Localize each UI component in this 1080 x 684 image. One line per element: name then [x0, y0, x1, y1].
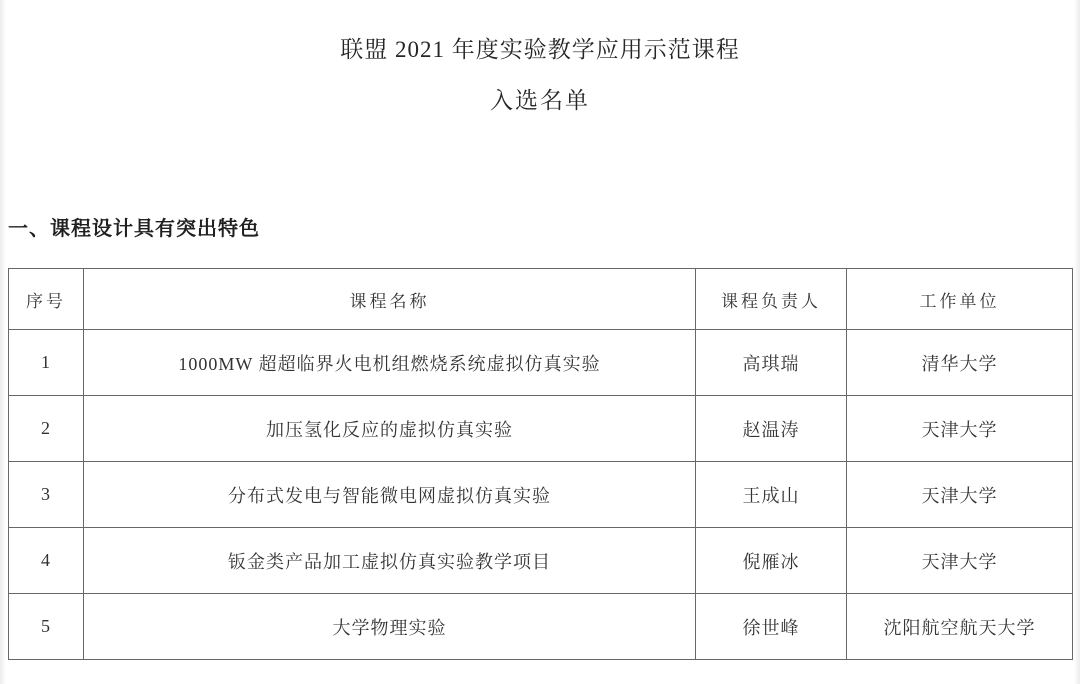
course-table: 序号 课程名称 课程负责人 工作单位 1 1000MW 超超临界火电机组燃烧系统… [8, 268, 1073, 660]
course-table-header: 序号 课程名称 课程负责人 工作单位 [9, 269, 1073, 330]
document-title-line2: 入选名单 [0, 61, 1080, 112]
cell-no: 3 [9, 462, 84, 528]
table-row: 1 1000MW 超超临界火电机组燃烧系统虚拟仿真实验 高琪瑞 清华大学 [9, 330, 1073, 396]
column-header-no: 序号 [9, 269, 84, 330]
column-header-leader: 课程负责人 [696, 269, 847, 330]
cell-leader: 徐世峰 [696, 594, 847, 660]
cell-no: 2 [9, 396, 84, 462]
cell-unit: 沈阳航空航天大学 [847, 594, 1073, 660]
cell-unit: 天津大学 [847, 462, 1073, 528]
document-title-line1: 联盟 2021 年度实验教学应用示范课程 [0, 0, 1080, 61]
header-row: 序号 课程名称 课程负责人 工作单位 [9, 269, 1073, 330]
column-header-unit: 工作单位 [847, 269, 1073, 330]
cell-course: 分布式发电与智能微电网虚拟仿真实验 [84, 462, 696, 528]
cell-course: 钣金类产品加工虚拟仿真实验教学项目 [84, 528, 696, 594]
cell-course: 加压氢化反应的虚拟仿真实验 [84, 396, 696, 462]
table-row: 2 加压氢化反应的虚拟仿真实验 赵温涛 天津大学 [9, 396, 1073, 462]
cell-course: 大学物理实验 [84, 594, 696, 660]
document-page: 联盟 2021 年度实验教学应用示范课程 入选名单 一、课程设计具有突出特色 序… [0, 0, 1080, 684]
cell-unit: 清华大学 [847, 330, 1073, 396]
cell-unit: 天津大学 [847, 528, 1073, 594]
cell-no: 5 [9, 594, 84, 660]
cell-no: 1 [9, 330, 84, 396]
table-row: 4 钣金类产品加工虚拟仿真实验教学项目 倪雁冰 天津大学 [9, 528, 1073, 594]
cell-course: 1000MW 超超临界火电机组燃烧系统虚拟仿真实验 [84, 330, 696, 396]
cell-leader: 高琪瑞 [696, 330, 847, 396]
course-table-body: 1 1000MW 超超临界火电机组燃烧系统虚拟仿真实验 高琪瑞 清华大学 2 加… [9, 330, 1073, 660]
cell-leader: 王成山 [696, 462, 847, 528]
table-row: 3 分布式发电与智能微电网虚拟仿真实验 王成山 天津大学 [9, 462, 1073, 528]
column-header-course: 课程名称 [84, 269, 696, 330]
cell-leader: 赵温涛 [696, 396, 847, 462]
section-heading: 一、课程设计具有突出特色 [0, 112, 1080, 241]
cell-no: 4 [9, 528, 84, 594]
table-row: 5 大学物理实验 徐世峰 沈阳航空航天大学 [9, 594, 1073, 660]
cell-unit: 天津大学 [847, 396, 1073, 462]
cell-leader: 倪雁冰 [696, 528, 847, 594]
